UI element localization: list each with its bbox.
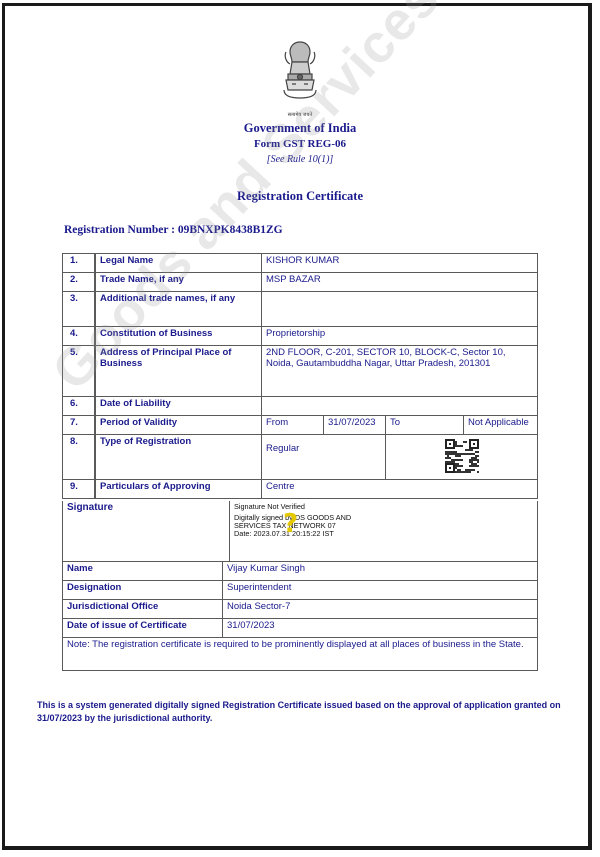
date-of-liability-value — [262, 397, 538, 416]
table-row: 8. Type of Registration Regular — [63, 435, 538, 480]
national-emblem-icon — [278, 38, 322, 104]
field-label: Date of Liability — [95, 397, 262, 416]
form-heading: Form GST REG-06 — [0, 138, 600, 150]
trade-name-value: MSP BAZAR — [262, 273, 538, 292]
officer-table: Name Vijay Kumar Singh Designation Super… — [62, 561, 538, 671]
table-row: Date of issue of Certificate 31/07/2023 — [63, 619, 538, 638]
details-table: 1. Legal Name KISHOR KUMAR 2. Trade Name… — [62, 253, 538, 499]
table-row: 4. Constitution of Business Proprietorsh… — [63, 327, 538, 346]
row-number: 6. — [63, 397, 96, 416]
approving-authority-value: Centre — [262, 479, 538, 498]
row-number: 3. — [63, 292, 96, 327]
jurisdictional-office-value: Noida Sector-7 — [223, 600, 538, 619]
government-heading: Government of India — [0, 121, 600, 136]
table-row: Designation Superintendent — [63, 581, 538, 600]
officer-field-label: Jurisdictional Office — [63, 600, 223, 619]
row-number: 4. — [63, 327, 96, 346]
field-label: Address of Principal Place of Business — [95, 346, 262, 397]
question-mark-icon[interactable]: ? — [283, 509, 298, 539]
table-row: Jurisdictional Office Noida Sector-7 — [63, 600, 538, 619]
emblem-motto: सत्यमेव जयते — [260, 112, 340, 118]
officer-field-label: Date of issue of Certificate — [63, 619, 223, 638]
signature-date: Date: 2023.07.31 20:15:22 IST — [234, 530, 533, 538]
field-label: Period of Validity — [95, 416, 262, 435]
validity-from-value: 31/07/2023 — [324, 416, 386, 435]
registration-number-label: Registration Number : — [64, 224, 175, 236]
field-label: Legal Name — [95, 254, 262, 273]
signature-label: Signature — [63, 501, 230, 562]
validity-to-label: To — [386, 416, 464, 435]
field-label: Constitution of Business — [95, 327, 262, 346]
field-label: Additional trade names, if any — [95, 292, 262, 327]
digital-signature-block[interactable]: Signature Not Verified Digitally signed … — [230, 501, 538, 562]
table-row: 2. Trade Name, if any MSP BAZAR — [63, 273, 538, 292]
row-number: 1. — [63, 254, 96, 273]
qr-code-icon — [445, 439, 479, 473]
table-row: Name Vijay Kumar Singh — [63, 562, 538, 581]
row-number: 7. — [63, 416, 96, 435]
row-number: 2. — [63, 273, 96, 292]
registration-number-value: 09BNXPK8438B1ZG — [178, 224, 283, 236]
certificate-title: Registration Certificate — [0, 189, 600, 204]
table-row: 3. Additional trade names, if any — [63, 292, 538, 327]
table-row: 5. Address of Principal Place of Busines… — [63, 346, 538, 397]
table-row: 1. Legal Name KISHOR KUMAR — [63, 254, 538, 273]
table-row: Signature Signature Not Verified Digital… — [63, 501, 538, 562]
designation-value: Superintendent — [223, 581, 538, 600]
registration-type-value: Regular — [262, 435, 386, 480]
registration-number: Registration Number : 09BNXPK8438B1ZG — [64, 224, 283, 236]
legal-name-value: KISHOR KUMAR — [262, 254, 538, 273]
validity-to-value: Not Applicable — [464, 416, 538, 435]
additional-trade-names-value — [262, 292, 538, 327]
field-label: Trade Name, if any — [95, 273, 262, 292]
officer-field-label: Name — [63, 562, 223, 581]
system-generated-note: This is a system generated digitally sig… — [37, 699, 567, 725]
field-label: Type of Registration — [95, 435, 262, 480]
display-note: Note: The registration certificate is re… — [63, 638, 538, 671]
field-label: Particulars of Approving — [95, 479, 262, 498]
table-row: 6. Date of Liability — [63, 397, 538, 416]
officer-field-label: Designation — [63, 581, 223, 600]
validity-from-label: From — [262, 416, 324, 435]
table-row: 7. Period of Validity From 31/07/2023 To… — [63, 416, 538, 435]
address-value: 2ND FLOOR, C-201, SECTOR 10, BLOCK-C, Se… — [262, 346, 538, 397]
qr-cell — [386, 435, 538, 480]
signature-status: Signature Not Verified — [234, 503, 533, 511]
row-number: 9. — [63, 479, 96, 498]
table-row: Note: The registration certificate is re… — [63, 638, 538, 671]
signature-table: Signature Signature Not Verified Digital… — [62, 501, 538, 562]
row-number: 5. — [63, 346, 96, 397]
officer-name-value: Vijay Kumar Singh — [223, 562, 538, 581]
row-number: 8. — [63, 435, 96, 480]
constitution-value: Proprietorship — [262, 327, 538, 346]
rule-reference: [See Rule 10(1)] — [0, 154, 600, 165]
issue-date-value: 31/07/2023 — [223, 619, 538, 638]
table-row: 9. Particulars of Approving Centre — [63, 479, 538, 498]
